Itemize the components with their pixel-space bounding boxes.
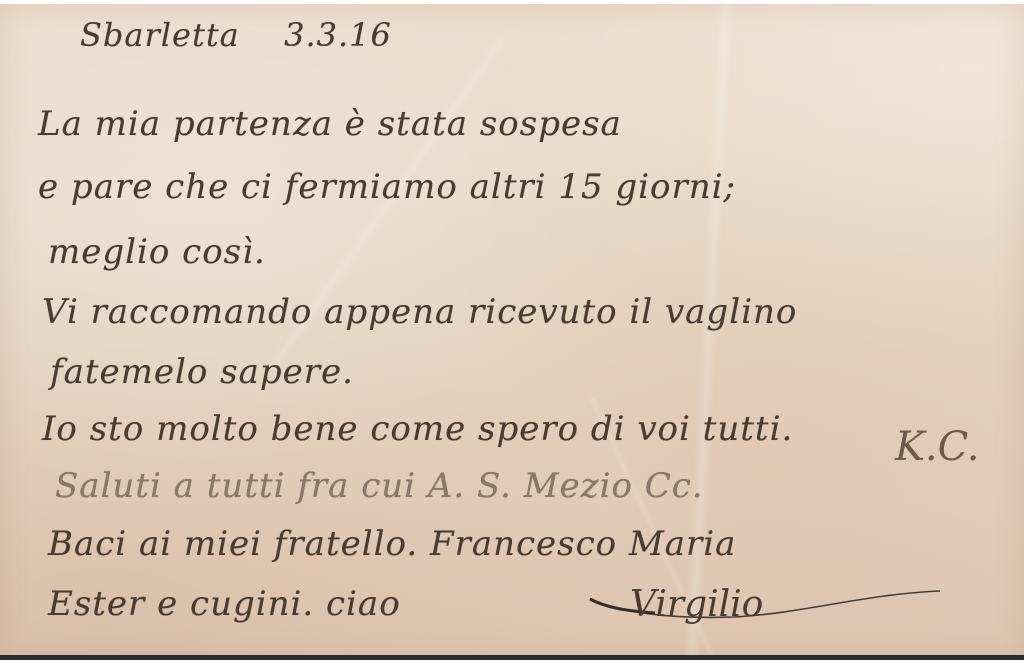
text-line-7: Saluti a tutti fra cui A. S. Mezio Cc.: [55, 466, 704, 506]
text-line-2: e pare che ci fermiamo altri 15 giorni;: [38, 167, 736, 207]
text-line-4: Vi raccomando appena ricevuto il vaglino: [42, 292, 797, 332]
text-line-5: fatemelo sapere.: [50, 352, 354, 392]
scan-edge: [0, 655, 1024, 660]
signature: Virgilio: [630, 584, 763, 625]
text-line-9: Ester e cugini. ciao: [48, 584, 401, 624]
margin-note: K.C.: [895, 424, 980, 470]
text-line-6: Io sto molto bene come spero di voi tutt…: [42, 409, 793, 449]
postcard: Sbarletta 3.3.16 La mia partenza è stata…: [0, 4, 1024, 660]
text-line-8: Baci ai miei fratello. Francesco Maria: [48, 524, 736, 564]
text-line-3: meglio così.: [48, 232, 266, 272]
header-place: Sbarletta: [80, 16, 240, 54]
header-date: 3.3.16: [284, 16, 392, 54]
text-line-1: La mia partenza è stata sospesa: [38, 104, 622, 144]
header-line: Sbarletta 3.3.16: [80, 16, 392, 54]
